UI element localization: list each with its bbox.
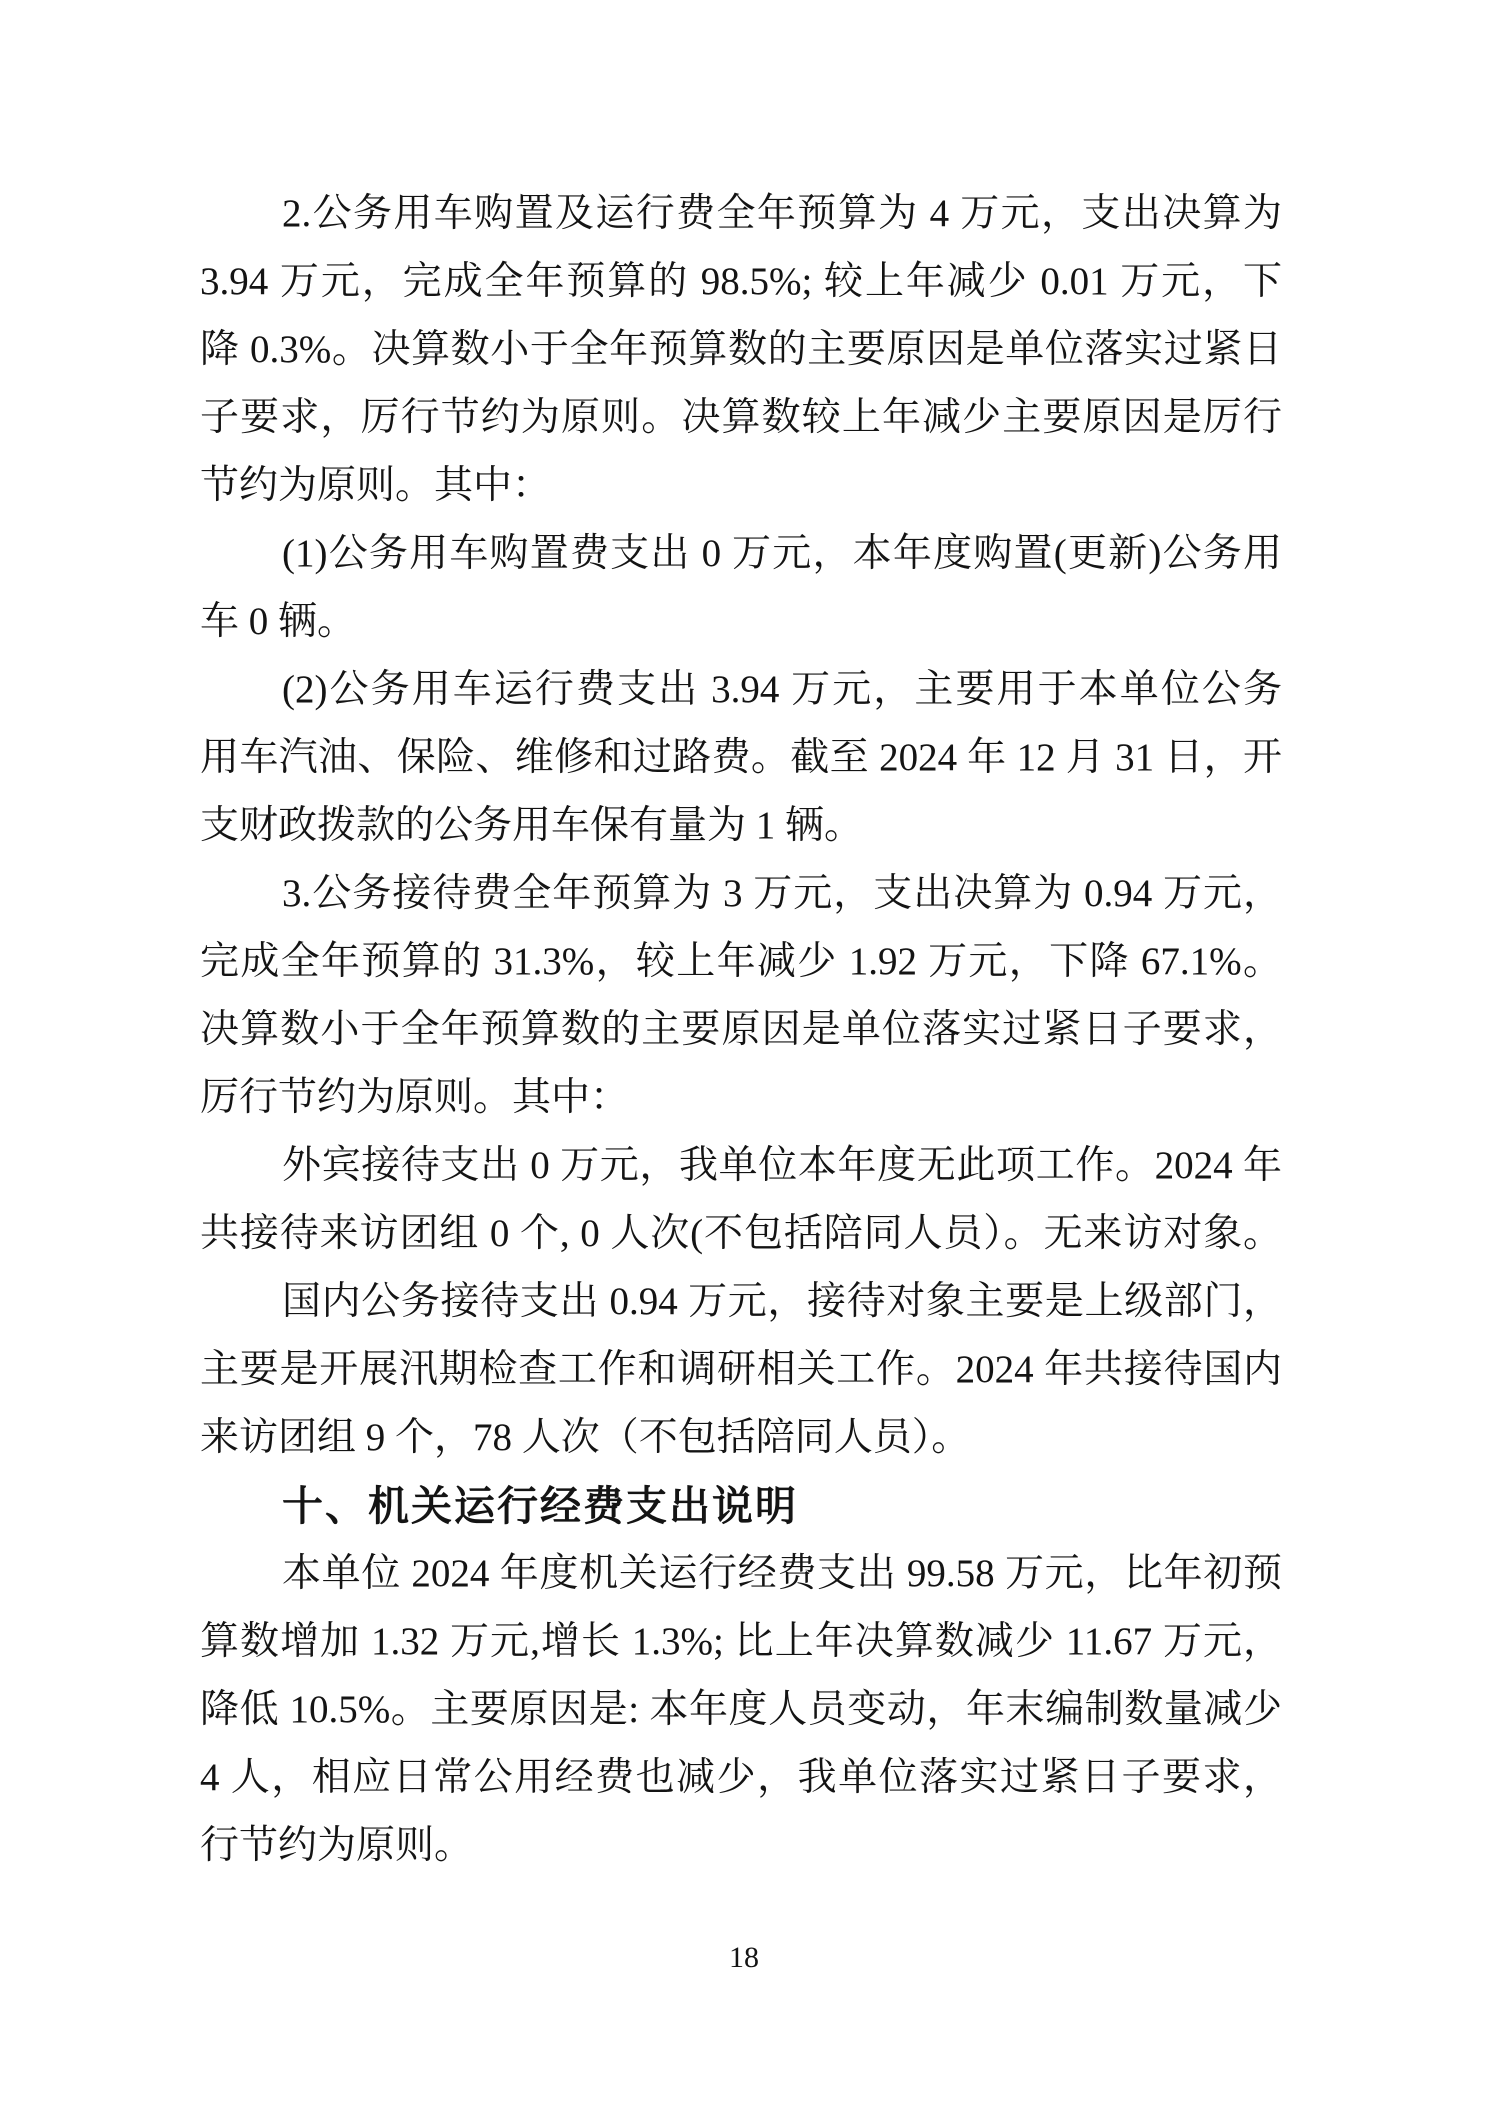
text-line: (1)公务用车购置费支出 0 万元，本年度购置(更新)公务用 <box>200 520 1282 588</box>
text-line: 主要是开展汛期检查工作和调研相关工作。2024 年共接待国内 <box>200 1336 1282 1404</box>
text-line: 用车汽油、保险、维修和过路费。截至 2024 年 12 月 31 日，开 <box>200 724 1282 792</box>
section-heading: 十、机关运行经费支出说明 <box>200 1472 1282 1540</box>
text-line: 2.公务用车购置及运行费全年预算为 4 万元，支出决算为 <box>200 180 1282 248</box>
text-line: 决算数小于全年预算数的主要原因是单位落实过紧日子要求， <box>200 996 1282 1064</box>
text-line: 本单位 2024 年度机关运行经费支出 99.58 万元，比年初预 <box>200 1540 1282 1608</box>
text-line: 降 0.3%。决算数小于全年预算数的主要原因是单位落实过紧日 <box>200 316 1282 384</box>
text-line: 3.94 万元，完成全年预算的 98.5%; 较上年减少 0.01 万元，下 <box>200 248 1282 316</box>
text-line: 4 人，相应日常公用经费也减少，我单位落实过紧日子要求，厉 <box>200 1744 1282 1812</box>
text-line: 国内公务接待支出 0.94 万元，接待对象主要是上级部门， <box>200 1268 1282 1336</box>
text-line: 厉行节约为原则。其中： <box>200 1064 1282 1132</box>
text-line: 支财政拨款的公务用车保有量为 1 辆。 <box>200 792 1282 860</box>
page-number: 18 <box>0 1938 1488 1978</box>
document-body: 2.公务用车购置及运行费全年预算为 4 万元，支出决算为 3.94 万元，完成全… <box>200 180 1282 1880</box>
text-line: 外宾接待支出 0 万元，我单位本年度无此项工作。2024 年 <box>200 1132 1282 1200</box>
text-line: 3.公务接待费全年预算为 3 万元，支出决算为 0.94 万元， <box>200 860 1282 928</box>
text-line: 完成全年预算的 31.3%，较上年减少 1.92 万元，下降 67.1%。 <box>200 928 1282 996</box>
text-line: 共接待来访团组 0 个, 0 人次(不包括陪同人员）。无来访对象。 <box>200 1200 1282 1268</box>
text-line: 节约为原则。其中： <box>200 452 1282 520</box>
text-line: 子要求，厉行节约为原则。决算数较上年减少主要原因是厉行 <box>200 384 1282 452</box>
text-line: 车 0 辆。 <box>200 588 1282 656</box>
text-line: 算数增加 1.32 万元,增长 1.3%; 比上年决算数减少 11.67 万元， <box>200 1608 1282 1676</box>
document-page: 2.公务用车购置及运行费全年预算为 4 万元，支出决算为 3.94 万元，完成全… <box>0 0 1488 2104</box>
text-line: 来访团组 9 个，78 人次（不包括陪同人员）。 <box>200 1404 1282 1472</box>
text-line: (2)公务用车运行费支出 3.94 万元，主要用于本单位公务 <box>200 656 1282 724</box>
text-line: 行节约为原则。 <box>200 1812 1282 1880</box>
text-line: 降低 10.5%。主要原因是: 本年度人员变动，年末编制数量减少 <box>200 1676 1282 1744</box>
